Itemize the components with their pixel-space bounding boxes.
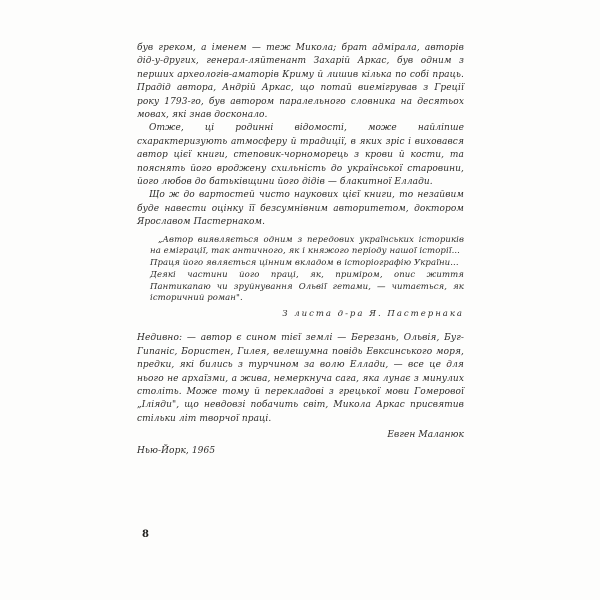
body-paragraph: Що ж до вартостей чисто наукових цієї кн… bbox=[137, 189, 464, 229]
dateline: Нью-Йорк, 1965 bbox=[137, 445, 464, 458]
page-number: 8 bbox=[142, 529, 149, 540]
body-paragraph-continuation: був греком, а іменем — теж Микола; брат … bbox=[137, 42, 464, 122]
text-column: був греком, а іменем — теж Микола; брат … bbox=[137, 42, 464, 458]
scanned-book-page: був греком, а іменем — теж Микола; брат … bbox=[0, 0, 600, 600]
quote-paragraph: Деякі частини його праці, як, приміром, … bbox=[150, 270, 464, 305]
body-paragraph: Недивно: — автор є сином тієї землі — Бе… bbox=[137, 332, 464, 426]
quote-attribution: З листа д-ра Я. Пастернака bbox=[137, 308, 464, 321]
block-quote: „Автор виявляється одним з передових укр… bbox=[150, 235, 464, 305]
quote-paragraph: „Автор виявляється одним з передових укр… bbox=[150, 235, 464, 258]
quote-paragraph: Праця його являється цінним вкладом в іс… bbox=[150, 258, 464, 270]
author-signature: Евген Маланюк bbox=[137, 429, 464, 442]
body-paragraph: Отже, ці родинні відомості, може найліпш… bbox=[137, 122, 464, 189]
